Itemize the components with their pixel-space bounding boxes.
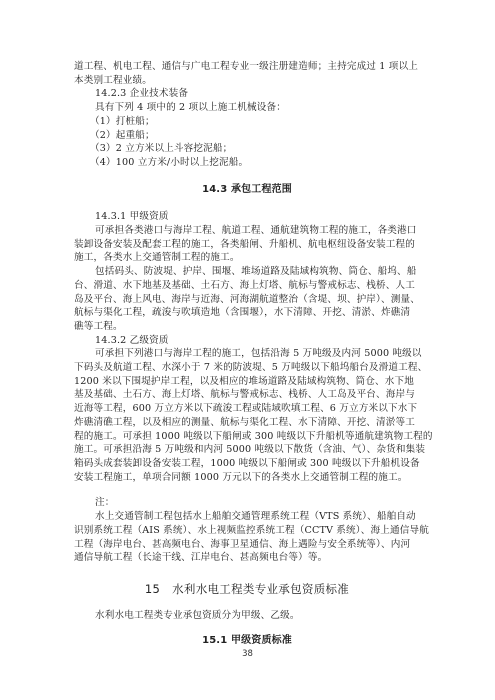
text-line: 箱码头成套装卸设备安装工程，1000 吨级以下船闸或 300 吨级以下升船机设备 <box>74 457 420 471</box>
text-line: 礁等工程。 <box>74 320 420 334</box>
text-line: 程的施工。可承担 1000 吨级以下船闸或 300 吨级以下升船机等通航建筑物工… <box>74 430 420 444</box>
chapter-15-intro: 水利水电工程类专业承包资质分为甲级、乙级。 <box>74 609 420 623</box>
continuation-paragraph: 道工程、机电工程、通信与广电工程专业一级注册建造师；主持完成过 1 项以上 本类… <box>74 60 420 87</box>
text-line: 安装工程施工，单项合同额 1000 万元以下的各类水上交通管制工程的施工。 <box>74 471 420 485</box>
spacer <box>74 484 420 496</box>
text-line: 识别系统工程（AIS 系统）、水上视频监控系统工程（CCTV 系统）、海上通信导… <box>74 524 420 538</box>
heading-14-3-1: 14.3.1 甲级资质 <box>74 210 420 224</box>
text-line: 水上交通管制工程包括水上船舶交通管理系统工程（VTS 系统）、船舶自动 <box>74 510 420 524</box>
text-line: 可承担各类港口与海岸工程、航道工程、通航建筑物工程的施工，各类港口 <box>74 224 420 238</box>
text-line: 施工。可承担沿海 5 万吨级和内河 5000 吨级以下散货（含油、气）、杂货和集… <box>74 443 420 457</box>
equipment-item: （2）起重船； <box>74 129 420 143</box>
grade-b-paragraph: 可承担下列港口与海岸工程的施工，包括沿海 5 万吨级及内河 5000 吨级以 下… <box>74 347 420 484</box>
text-line: 工程（海岸电台、甚高频电台、海事卫星通信、海上遇险与安全系统等）、内河 <box>74 538 420 552</box>
text-line: 通信导航工程（长途干线、江岸电台、甚高频电台等）等。 <box>74 551 420 565</box>
text-line: 航标与渠化工程，疏浚与吹填造地（含围堰），水下清障、开挖、清淤、炸礁清 <box>74 306 420 320</box>
heading-14-2-3: 14.2.3 企业技术装备 <box>74 87 420 101</box>
document-page: 道工程、机电工程、通信与广电工程专业一级注册建造师；主持完成过 1 项以上 本类… <box>0 0 495 700</box>
note-label: 注： <box>74 496 420 510</box>
text-line: 装卸设备安装及配套工程的施工，各类船闸、升船机、航电枢纽设备安装工程的 <box>74 238 420 252</box>
heading-14-3-2: 14.3.2 乙级资质 <box>74 334 420 348</box>
equipment-item: （1）打桩船； <box>74 115 420 129</box>
chapter-title: 水利水电工程类专业承包资质标准 <box>172 582 349 596</box>
text-line: 岛及平台、海上风电、海岸与近海、河海湖航道整治（含堤、坝、护岸）、测量、 <box>74 293 420 307</box>
text-line: 包括码头、防波堤、护岸、围堰、堆场道路及陆域构筑物、筒仓、船坞、船 <box>74 265 420 279</box>
text-line: 炸礁清礁工程，以及相应的测量、航标与渠化工程、水下清障、开挖、清淤等工 <box>74 416 420 430</box>
grade-a-paragraph-1: 可承担各类港口与海岸工程、航道工程、通航建筑物工程的施工，各类港口 装卸设备安装… <box>74 224 420 265</box>
section-heading-15-1: 15.1 甲级资质标准 <box>74 634 420 648</box>
equipment-intro: 具有下列 4 项中的 2 项以上施工机械设备： <box>74 101 420 115</box>
page-number: 38 <box>0 649 495 659</box>
equipment-item: （4）100 立方米/小时以上挖泥船。 <box>74 156 420 170</box>
text-line: 可承担下列港口与海岸工程的施工，包括沿海 5 万吨级及内河 5000 吨级以 <box>74 347 420 361</box>
page-content: 道工程、机电工程、通信与广电工程专业一级注册建造师；主持完成过 1 项以上 本类… <box>74 60 420 662</box>
text-line: 近海等工程，600 万立方米以下疏浚工程或陆域吹填工程、6 万立方米以下水下 <box>74 402 420 416</box>
text-line: 道工程、机电工程、通信与广电工程专业一级注册建造师；主持完成过 1 项以上 <box>74 60 420 74</box>
text-line: 施工，各类水上交通管制工程的施工。 <box>74 251 420 265</box>
grade-a-paragraph-2: 包括码头、防波堤、护岸、围堰、堆场道路及陆域构筑物、筒仓、船坞、船 台、滑道、水… <box>74 265 420 334</box>
text-line: 台、滑道、水下地基及基础、土石方、海上灯塔、航标与警戒标志、栈桥、人工 <box>74 279 420 293</box>
text-line: 基及基础、土石方、海上灯塔、航标与警戒标志、栈桥、人工岛及平台、海岸与 <box>74 388 420 402</box>
section-heading-14-3: 14.3 承包工程范围 <box>74 183 420 197</box>
note-paragraph: 水上交通管制工程包括水上船舶交通管理系统工程（VTS 系统）、船舶自动 识别系统… <box>74 510 420 565</box>
equipment-item: （3）2 立方米以上斗容挖泥船； <box>74 142 420 156</box>
chapter-heading-15: 15水利水电工程类专业承包资质标准 <box>74 583 420 597</box>
text-line: 本类别工程业绩。 <box>74 74 420 88</box>
text-line: 下码头及航道工程、水深小于 7 米的防波堤、5 万吨级以下船坞船台及滑道工程、 <box>74 361 420 375</box>
chapter-number: 15 <box>145 582 160 596</box>
text-line: 1200 米以下围堤护岸工程，以及相应的堆场道路及陆域构筑物、筒仓、水下地 <box>74 375 420 389</box>
